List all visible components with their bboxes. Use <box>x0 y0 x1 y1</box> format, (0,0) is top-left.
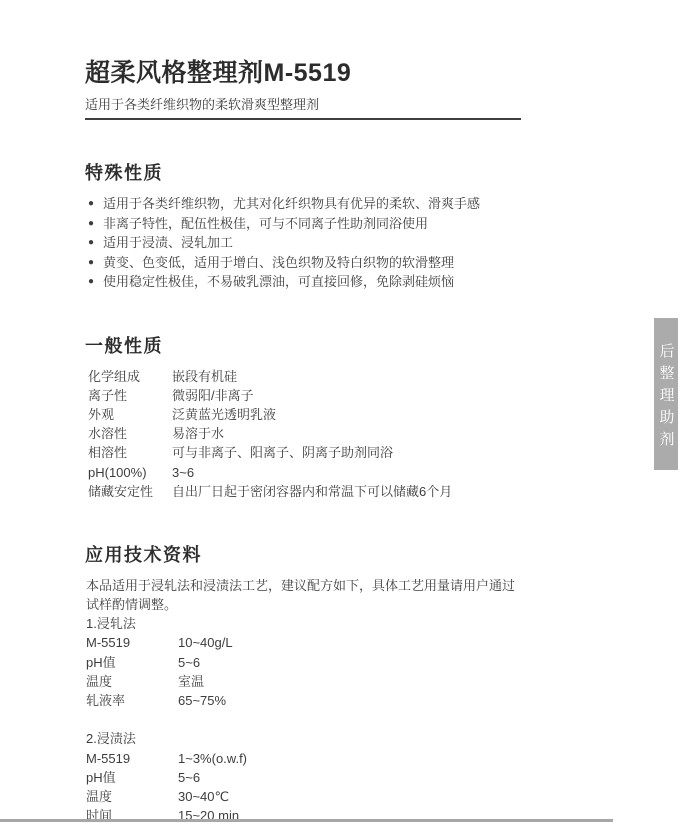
table-row: 水溶性易溶于水 <box>88 424 555 443</box>
property-value: 可与非离子、阳离子、阴离子助剂同浴 <box>172 443 555 462</box>
category-side-tab: 后整理助剂 <box>654 318 678 470</box>
bullet-text: 适用于各类纤维织物，尤其对化纤织物具有优异的柔软、滑爽手感 <box>103 196 480 211</box>
category-side-tab-label: 后整理助剂 <box>656 336 677 453</box>
general-properties-table: 化学组成嵌段有机硅 离子性微弱阳/非离子 外观泛黄蓝光透明乳液 水溶性易溶于水 … <box>85 367 555 501</box>
property-value: 泛黄蓝光透明乳液 <box>172 405 555 424</box>
property-label: 离子性 <box>88 386 172 405</box>
table-row: 化学组成嵌段有机硅 <box>88 367 555 386</box>
bullet-item: ●适用于浸渍、浸轧加工 <box>88 233 555 253</box>
parameter-value: 5~6 <box>178 653 555 672</box>
application-intro-line: 本品适用于浸轧法和浸渍法工艺，建议配方如下，具体工艺用量请用户通过 <box>85 576 555 595</box>
parameter-label: 轧液率 <box>86 691 178 710</box>
subtitle-underline: 适用于各类纤维织物的柔软滑爽型整理剂 <box>85 94 521 120</box>
section-application-data: 应用技术资料 本品适用于浸轧法和浸渍法工艺，建议配方如下，具体工艺用量请用户通过… <box>85 541 555 823</box>
property-value: 自出厂日起于密闭容器内和常温下可以储藏6个月 <box>172 482 555 501</box>
bullet-item: ●使用稳定性极佳，不易破乳漂油，可直接回修，免除剥硅烦恼 <box>88 272 555 292</box>
property-value: 3~6 <box>172 463 555 482</box>
property-value: 易溶于水 <box>172 424 555 443</box>
parameter-value: 10~40g/L <box>178 633 555 652</box>
table-row: 相溶性可与非离子、阳离子、阴离子助剂同浴 <box>88 443 555 462</box>
section-special-properties: 特殊性质 ●适用于各类纤维织物，尤其对化纤织物具有优异的柔软、滑爽手感 ●非离子… <box>85 159 555 292</box>
parameter-label: 温度 <box>86 787 178 806</box>
bullet-item: ●黄变、色变低，适用于增白、浅色织物及特白织物的软滑整理 <box>88 253 555 273</box>
property-label: 化学组成 <box>88 367 172 386</box>
section-general-properties: 一般性质 化学组成嵌段有机硅 离子性微弱阳/非离子 外观泛黄蓝光透明乳液 水溶性… <box>85 332 555 501</box>
parameter-label: 温度 <box>86 672 178 691</box>
property-label: 储藏安定性 <box>88 482 172 501</box>
method-dipping: 2.浸渍法 M-55191~3%(o.w.f) pH值5~6 温度30~40℃ … <box>85 729 555 823</box>
bullet-text: 使用稳定性极佳，不易破乳漂油，可直接回修，免除剥硅烦恼 <box>103 274 454 289</box>
bullet-icon: ● <box>88 253 94 273</box>
bullet-icon: ● <box>88 214 94 234</box>
table-row: 外观泛黄蓝光透明乳液 <box>88 405 555 424</box>
table-row: pH值5~6 <box>86 653 555 672</box>
table-row: 储藏安定性自出厂日起于密闭容器内和常温下可以储藏6个月 <box>88 482 555 501</box>
property-label: pH(100%) <box>88 463 172 482</box>
parameter-value: 1~3%(o.w.f) <box>178 749 555 768</box>
table-row: 温度室温 <box>86 672 555 691</box>
parameter-label: pH值 <box>86 653 178 672</box>
property-value: 微弱阳/非离子 <box>172 386 555 405</box>
bullet-item: ●非离子特性，配伍性极佳，可与不同离子性助剂同浴使用 <box>88 214 555 234</box>
page-content: 超柔风格整理剂M-5519 适用于各类纤维织物的柔软滑爽型整理剂 特殊性质 ●适… <box>85 0 555 823</box>
bullet-text: 非离子特性，配伍性极佳，可与不同离子性助剂同浴使用 <box>103 216 428 231</box>
special-properties-list: ●适用于各类纤维织物，尤其对化纤织物具有优异的柔软、滑爽手感 ●非离子特性，配伍… <box>85 194 555 292</box>
bullet-item: ●适用于各类纤维织物，尤其对化纤织物具有优异的柔软、滑爽手感 <box>88 194 555 214</box>
table-row: pH值5~6 <box>86 768 555 787</box>
table-row: 离子性微弱阳/非离子 <box>88 386 555 405</box>
bullet-icon: ● <box>88 233 94 253</box>
page-title: 超柔风格整理剂M-5519 <box>85 58 555 88</box>
general-properties-heading: 一般性质 <box>85 332 555 358</box>
table-row: 轧液率65~75% <box>86 691 555 710</box>
property-label: 相溶性 <box>88 443 172 462</box>
special-properties-heading: 特殊性质 <box>85 159 555 185</box>
bullet-icon: ● <box>88 194 94 214</box>
parameter-label: pH值 <box>86 768 178 787</box>
property-label: 外观 <box>88 405 172 424</box>
parameter-value: 5~6 <box>178 768 555 787</box>
parameter-value: 65~75% <box>178 691 555 710</box>
method-name: 1.浸轧法 <box>86 614 555 634</box>
parameter-value: 30~40℃ <box>178 787 555 806</box>
parameter-value: 室温 <box>178 672 555 691</box>
table-row: 温度30~40℃ <box>86 787 555 806</box>
application-data-heading: 应用技术资料 <box>85 541 555 567</box>
bullet-text: 适用于浸渍、浸轧加工 <box>103 235 233 250</box>
application-intro-line: 试样酌情调整。 <box>85 595 555 614</box>
bullet-icon: ● <box>88 272 94 292</box>
parameter-label: M-5519 <box>86 749 178 768</box>
parameter-label: M-5519 <box>86 633 178 652</box>
property-value: 嵌段有机硅 <box>172 367 555 386</box>
method-name: 2.浸渍法 <box>86 729 555 749</box>
property-label: 水溶性 <box>88 424 172 443</box>
table-row: pH(100%)3~6 <box>88 463 555 482</box>
method-padding: 1.浸轧法 M-551910~40g/L pH值5~6 温度室温 轧液率65~7… <box>85 614 555 710</box>
bullet-text: 黄变、色变低，适用于增白、浅色织物及特白织物的软滑整理 <box>103 255 454 270</box>
table-row: M-55191~3%(o.w.f) <box>86 749 555 768</box>
footer-rule <box>0 819 613 822</box>
table-row: M-551910~40g/L <box>86 633 555 652</box>
page-subtitle: 适用于各类纤维织物的柔软滑爽型整理剂 <box>85 97 319 112</box>
